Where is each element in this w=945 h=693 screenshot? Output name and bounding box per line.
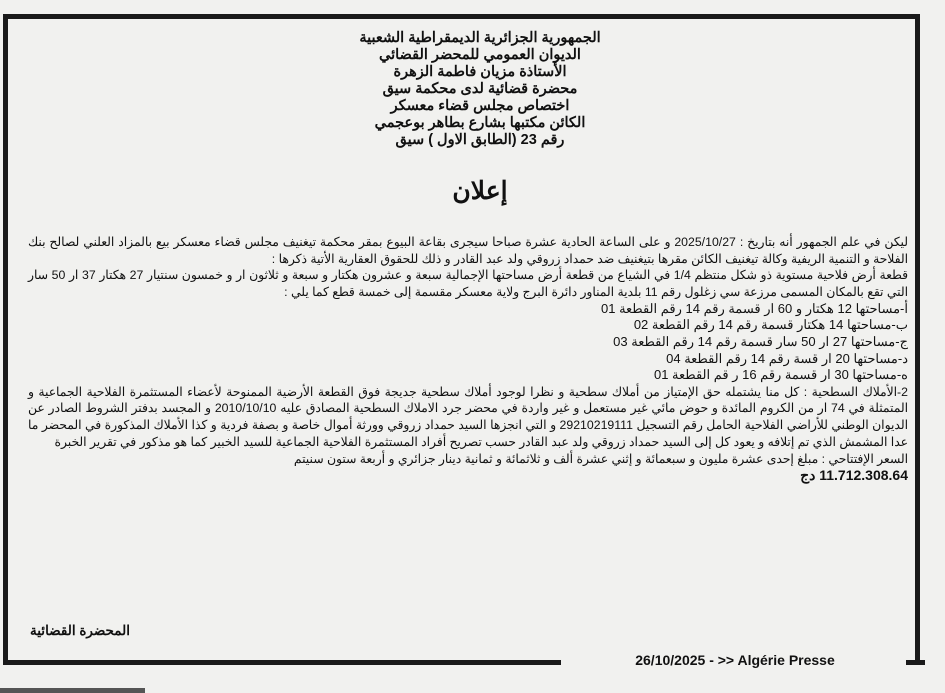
header-line: الكائن مكتبها بشارع بطاهر بوعجمي [240, 115, 720, 132]
notice-header: الجمهورية الجزائرية الديمقراطية الشعبية … [240, 30, 720, 149]
page-edge-strip [0, 688, 145, 693]
frame-right-rule [915, 620, 920, 665]
opening-price: السعر الإفتتاحي : مبلغ إحدى عشرة مليون و… [28, 451, 908, 468]
property-description: قطعة أرض فلاحية مستوية ذو شكل منتظم 1/4 … [28, 267, 908, 300]
signature: المحضرة القضائية [30, 623, 230, 639]
surface-rights-paragraph: 2-الأملاك السطحية : كل منا يشتمله حق الإ… [28, 384, 908, 451]
lot-item: ب-مساحتها 14 هكتار قسمة رقم 14 رقم القطع… [28, 317, 908, 334]
price-figure: 11.712.308.64 دج [28, 467, 908, 484]
lot-item: د-مساحتها 20 ار قسة رقم 14 رقم القطعة 04 [28, 351, 908, 368]
header-line: رقم 23 (الطابق الاول ) سيق [240, 132, 720, 149]
notice-body: ليكن في علم الجمهور أنه بتاريخ : 2025/10… [28, 234, 908, 484]
source-credit: 26/10/2025 - >> Algérie Presse [566, 652, 904, 668]
header-line: الجمهورية الجزائرية الديمقراطية الشعبية [240, 30, 720, 47]
header-line: الأستاذة مزيان فاطمة الزهرة [240, 64, 720, 81]
frame-bottom-rule-end [906, 660, 925, 665]
intro-paragraph: ليكن في علم الجمهور أنه بتاريخ : 2025/10… [28, 234, 908, 267]
notice-title: إعلان [380, 176, 580, 206]
lot-item: أ-مساحتها 12 هكتار و 60 ار قسمة رقم 14 ر… [28, 301, 908, 318]
lot-item: ه-مساحتها 30 ار قسمة رقم 16 ر قم القطعة … [28, 367, 908, 384]
header-line: الديوان العمومي للمحضر القضائي [240, 47, 720, 64]
lots-list: أ-مساحتها 12 هكتار و 60 ار قسمة رقم 14 ر… [28, 301, 908, 384]
frame-bottom-rule [3, 660, 561, 665]
lot-item: ج-مساحتها 27 ار 50 سار قسمة رقم 14 رقم ا… [28, 334, 908, 351]
header-line: اختصاص مجلس قضاء معسكر [240, 98, 720, 115]
header-line: محضرة قضائية لدى محكمة سيق [240, 81, 720, 98]
